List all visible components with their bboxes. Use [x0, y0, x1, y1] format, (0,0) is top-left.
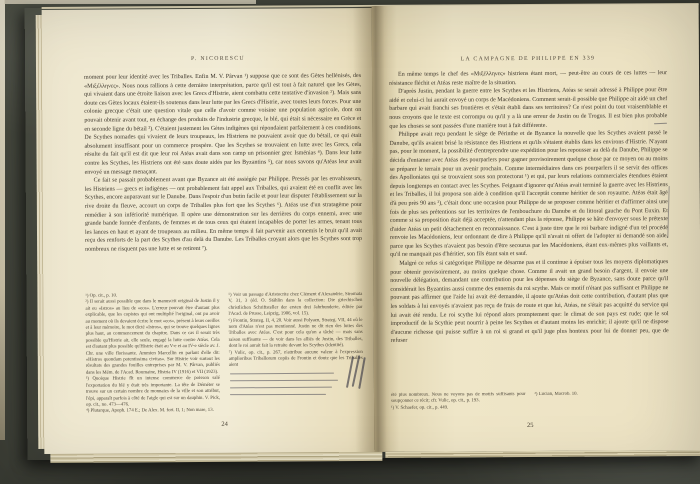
left-running-head: P. NICORESCU — [68, 55, 368, 63]
footnote: ⁷) Vulic, op. cit., p. 267, n'attribue a… — [229, 350, 363, 370]
open-book: P. NICORESCU moment pour leur identité a… — [25, 4, 700, 460]
footnote: ³) Quoique Histrie fît un intense commer… — [86, 376, 220, 409]
left-page-number: 24 — [86, 420, 363, 429]
footnote: ²) Il serait aussi possible que dans le … — [85, 299, 219, 377]
footnote: été plus nombreux. Nous ne voyons pas de… — [391, 392, 526, 406]
paragraph: moment pour leur identité avec les Triba… — [84, 72, 362, 177]
footnote: ⁴) Plutarque, Apoph. 174 E.; De Alex. M.… — [86, 408, 220, 415]
footnote: ⁶) Frontin, Strateg. II, 4, 20. Voir aus… — [229, 318, 363, 351]
left-body-text: moment pour leur identité avec les Triba… — [84, 72, 362, 293]
footnote: ¹) V. Schaefer, op. cit., p. 449. — [391, 405, 526, 412]
left-footnotes: ¹) Op. cit., p. 10. ²) Il serait aussi p… — [85, 292, 363, 416]
right-running-head: LA CAMPAGNE DE PHILIPPE EN 339 — [382, 55, 674, 63]
right-body-text: En même temps le chef des «Μιξέλληνες» h… — [389, 69, 669, 389]
footnote: ²) Lucian, Macrob. 10. — [534, 391, 669, 398]
photo-left-paper-edge — [0, 0, 5, 440]
paragraph: Philippe avait reçu pendant le siège de … — [389, 129, 668, 260]
paragraph: Ce fait se passait probablement avant qu… — [85, 175, 362, 254]
photo-top-paper-edge — [4, 0, 256, 4]
paragraph: En même temps le chef des «Μιξέλληνες» h… — [389, 69, 667, 88]
footnote: ⁵) Voir un passage d'Aristocrite chez Cl… — [228, 292, 362, 318]
right-footnotes: été plus nombreux. Nous ne voyons pas de… — [391, 391, 669, 417]
paragraph: D'après Justin, pendant la guerre entre … — [389, 86, 667, 131]
left-page: P. NICORESCU moment pour leur identité a… — [42, 8, 375, 454]
book-photo: P. NICORESCU moment pour leur identité a… — [0, 0, 700, 484]
paragraph: Malgré ce refus si catégorique Philippe … — [390, 258, 669, 346]
right-page: LA CAMPAGNE DE PHILIPPE EN 339 En même t… — [372, 4, 700, 452]
right-page-number: 25 — [391, 421, 669, 430]
